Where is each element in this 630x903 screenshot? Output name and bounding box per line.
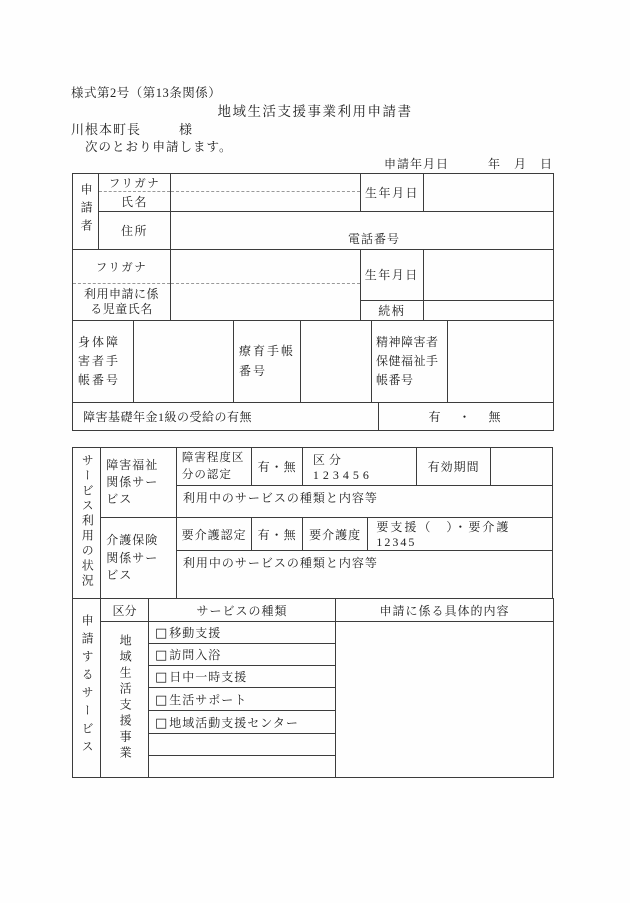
disability-services-label: 障害福祉関係サービス (101, 448, 177, 518)
application-form-page: 様式第2号（第13条関係） 地域生活支援事業利用申請書 川根本町長様 次のとおり… (0, 0, 630, 903)
application-section-label: 申請するサービス (80, 614, 93, 758)
child-name-input[interactable] (171, 284, 361, 321)
applicant-address-label: 住所 (99, 212, 171, 250)
category-label-cell: 地域生活支援事業 (101, 622, 149, 778)
home-bathing-checkbox[interactable]: □ (155, 648, 168, 663)
application-detail-input[interactable] (336, 622, 554, 778)
validity-period-label: 有効期間 (416, 448, 491, 486)
category-header: 区分 (101, 599, 149, 622)
physical-handbook-label: 身体障害者手帳番号 (73, 321, 134, 403)
pension-options[interactable]: 有 ・ 無 (379, 403, 554, 431)
service-row-bathing[interactable]: □訪問入浴 (149, 644, 336, 666)
care-in-use-input[interactable]: 利用中のサービスの種類と内容等 (176, 551, 552, 599)
service-row-empty-1[interactable] (149, 734, 336, 756)
application-block: 申請するサービス 区分 サービスの種類 申請に係る具体的内容 地域生活支援事業 … (72, 598, 554, 778)
applicant-section-label-cell: 申請者 (73, 174, 99, 250)
service-status-section-label: サービス利用の状況 (80, 454, 93, 589)
care-in-use-label: 利用中のサービスの種類と内容等 (183, 556, 378, 570)
mental-handbook-label: 精神障害者保健福祉手帳番号 (372, 321, 448, 403)
child-name-label: 利用申請に係る児童氏名 (73, 284, 171, 321)
applicant-birthdate-input[interactable] (424, 174, 554, 212)
service-row-empty-2[interactable] (149, 756, 336, 778)
daytime-support-checkbox[interactable]: □ (155, 670, 168, 685)
form-number: 様式第2号（第13条関係） (71, 83, 221, 101)
service-row-mobility[interactable]: □移動支援 (149, 622, 336, 644)
disability-in-use-label: 利用中のサービスの種類と内容等 (183, 491, 378, 505)
page-title: 地域生活支援事業利用申請書 (0, 100, 630, 120)
service-table: サービス利用の状況 障害福祉関係サービス 障害程度区分の認定 有・無 区分 12… (72, 447, 554, 778)
disability-yes-no[interactable]: 有・無 (252, 448, 302, 486)
child-birthdate-relation-cell: 生年月日 続柄 (361, 250, 554, 321)
applicant-address-input[interactable]: 電話番号 (171, 212, 554, 250)
application-date-line: 申請年月日 年 月 日 (384, 155, 553, 172)
care-level-options[interactable]: 要支援（ ）・要介護12345 (368, 518, 553, 551)
applicant-name-input[interactable] (171, 192, 361, 212)
addressee-name: 川根本町長 (71, 122, 141, 137)
pension-block: 障害基礎年金1級の受給の有無 有 ・ 無 (72, 402, 554, 431)
care-yes-no[interactable]: 有・無 (252, 518, 302, 551)
mobility-support-checkbox[interactable]: □ (155, 626, 168, 641)
care-level-label: 要介護度 (302, 518, 368, 551)
activity-center-checkbox[interactable]: □ (155, 716, 168, 731)
rehab-handbook-label: 療育手帳番号 (234, 321, 301, 403)
child-birthdate-relation-table: 生年月日 続柄 (361, 250, 553, 320)
child-birthdate-input[interactable] (423, 250, 553, 300)
life-support-checkbox[interactable]: □ (155, 693, 168, 708)
mobility-support-label: 移動支援 (169, 626, 221, 640)
child-relation-label: 続柄 (361, 300, 423, 320)
application-section-label-cell: 申請するサービス (73, 599, 101, 778)
disability-cert-label: 障害程度区分の認定 (176, 448, 252, 486)
activity-center-label: 地域活動支援センター (169, 716, 299, 730)
disability-category-options[interactable]: 区分 123456 (302, 448, 416, 486)
physical-handbook-input[interactable] (134, 321, 234, 403)
service-status-block: サービス利用の状況 障害福祉関係サービス 障害程度区分の認定 有・無 区分 12… (72, 447, 553, 599)
child-relation-input[interactable] (423, 300, 553, 320)
applicant-furigana-input[interactable] (171, 174, 361, 192)
applicant-name-label: 氏名 (99, 192, 171, 212)
addressee-honorific: 様 (179, 122, 193, 137)
applicant-table: 申請者 フリガナ 生年月日 氏名 住所 電話番号 フリガナ (72, 173, 554, 431)
phone-label: 電話番号 (348, 230, 400, 247)
pension-label: 障害基礎年金1級の受給の有無 (73, 403, 379, 431)
daytime-support-label: 日中一時支援 (169, 670, 247, 684)
handbook-block: 身体障害者手帳番号 療育手帳番号 精神障害者保健福祉手帳番号 (72, 320, 554, 403)
child-block: フリガナ 生年月日 続柄 (72, 249, 554, 321)
category-label: 地域生活支援事業 (118, 634, 131, 762)
validity-period-input[interactable] (491, 448, 553, 486)
service-row-life-support[interactable]: □生活サポート (149, 688, 336, 711)
rehab-handbook-input[interactable] (301, 321, 372, 403)
care-insurance-label: 介護保険関係サービス (101, 518, 177, 599)
mental-handbook-input[interactable] (448, 321, 554, 403)
life-support-label: 生活サポート (169, 693, 247, 707)
applicant-birthdate-label: 生年月日 (361, 174, 424, 212)
detail-header: 申請に係る具体的内容 (336, 599, 554, 622)
disability-in-use-input[interactable]: 利用中のサービスの種類と内容等 (176, 486, 552, 518)
child-furigana-label: フリガナ (73, 250, 171, 284)
service-status-section-label-cell: サービス利用の状況 (73, 448, 101, 599)
child-furigana-input[interactable] (171, 250, 361, 284)
service-row-daytime[interactable]: □日中一時支援 (149, 666, 336, 688)
addressee-line: 川根本町長様 (71, 119, 193, 138)
service-type-header: サービスの種類 (149, 599, 336, 622)
applicant-section-label: 申請者 (79, 183, 92, 237)
child-birthdate-label: 生年月日 (361, 250, 423, 300)
applicant-furigana-label: フリガナ (99, 174, 171, 192)
intro-text: 次のとおり申請します。 (85, 137, 233, 155)
service-row-activity-center[interactable]: □地域活動支援センター (149, 711, 336, 734)
care-cert-label: 要介護認定 (176, 518, 252, 551)
home-bathing-label: 訪問入浴 (169, 648, 221, 662)
applicant-block: 申請者 フリガナ 生年月日 氏名 住所 電話番号 (72, 173, 554, 250)
